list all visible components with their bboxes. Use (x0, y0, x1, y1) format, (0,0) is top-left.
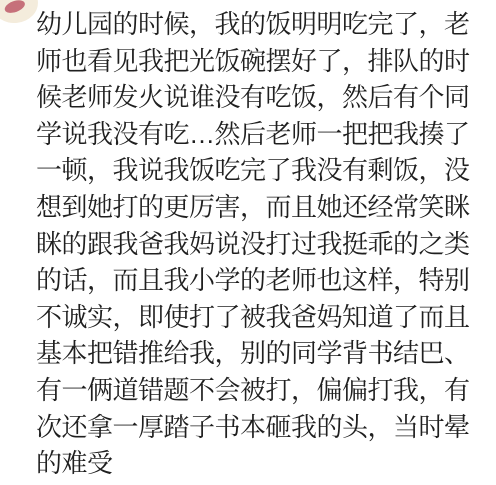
post-text-line: 的话，而且我小学的老师也这样，特别 (36, 262, 486, 299)
post-text-line: 的难受 (36, 445, 486, 482)
post-text-line: 不诚实，即使打了被我爸妈知道了而且 (36, 299, 486, 336)
post-text-line: 眯的跟我爸我妈说没打过我挺乖的之类 (36, 226, 486, 263)
post-text-line: 次还拿一厚踏子书本砸我的头，当时晕 (36, 409, 486, 446)
post-text-line: 幼儿园的时候，我的饭明明吃完了，老 (36, 6, 486, 43)
avatar[interactable] (0, 0, 40, 25)
post-text-line: 想到她打的更厉害，而且她还经常笑眯 (36, 189, 486, 226)
post-text-line: 师也看见我把光饭碗摆好了，排队的时 (36, 43, 486, 80)
avatar-blush (3, 0, 26, 15)
post-text-line: 基本把错推给我，别的同学背书结巴、 (36, 335, 486, 372)
post-text-line: 有一俩道错题不会被打，偏偏打我，有 (36, 372, 486, 409)
post-text: 幼儿园的时候，我的饭明明吃完了，老师也看见我把光饭碗摆好了，排队的时候老师发火说… (36, 6, 486, 482)
post-text-line: 学说我没有吃…然后老师一把把我揍了 (36, 116, 486, 153)
post-text-line: 一顿，我说我饭吃完了我没有剩饭，没 (36, 152, 486, 189)
post-text-line: 候老师发火说谁没有吃饭，然后有个同 (36, 79, 486, 116)
